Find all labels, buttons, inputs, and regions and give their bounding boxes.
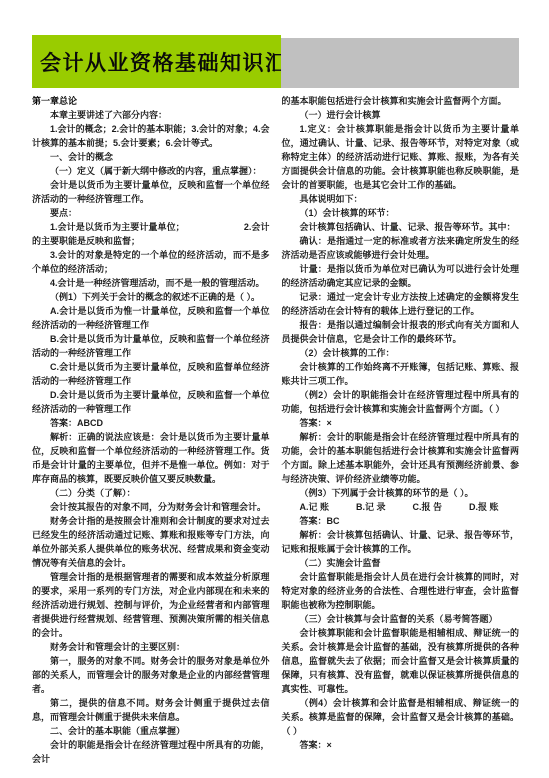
paragraph: 会计核算职能和会计监督职能是相辅相成、辩证统一的关系。会计核算是会计监督的基础，… <box>282 626 520 696</box>
paragraph: 二、会计的基本职能（重点掌握） <box>32 724 270 738</box>
paragraph: 一、会计的概念 <box>32 150 270 164</box>
paragraph: 答案：ABCD <box>32 416 270 430</box>
paragraph: 1.定义：会计核算职能是指会计以货币为主要计量单位，通过确认、计量、记录、报告等… <box>282 122 520 192</box>
paragraph: 会计核算的工作始终离不开账簿，包括记账、算账、报账共计三项工作。 <box>282 360 520 388</box>
paragraph: 解析：会计核算包括确认、计量、记录、报告等环节，记账和报账属于会计核算的工作。 <box>282 528 520 556</box>
paragraph: 第一章总论 <box>32 94 270 108</box>
paragraph: 第一，服务的对象不同。财务会计的服务对象是单位外部的关系人，而管理会计的服务对象… <box>32 654 270 696</box>
left-column: 第一章总论本章主要讲述了六部分内容：1.会计的概念；2.会计的基本职能；3.会计… <box>32 94 270 766</box>
paragraph: A.会计是以货币为惟一计量单位，反映和监督一个单位经济活动的一种经济管理工作 <box>32 304 270 332</box>
page-header-band: 会计从业资格基础知识汇总 <box>32 35 519 88</box>
title-highlight-bar: 会计从业资格基础知识汇总 <box>32 35 281 88</box>
paragraph: 3.会计的对象是特定的一个单位的经济活动，而不是多个单位的经济活动； <box>32 248 270 276</box>
paragraph: 会计按其报告的对象不同，分为财务会计和管理会计。 <box>32 500 270 514</box>
page-title: 会计从业资格基础知识汇总 <box>32 47 310 77</box>
paragraph: （例1）下列关于会计的概念的叙述不正确的是（ ）。 <box>32 290 270 304</box>
two-column-text-layout: 第一章总论本章主要讲述了六部分内容：1.会计的概念；2.会计的基本职能；3.会计… <box>32 94 519 766</box>
paragraph: （二）分类（了解）： <box>32 486 270 500</box>
paragraph: 会计监督职能是指会计人员在进行会计核算的同时，对特定对象的经济业务的合法性、合理… <box>282 570 520 612</box>
paragraph: 1.会计的概念；2.会计的基本职能；3.会计的对象；4.会计核算的基本前提；5.… <box>32 122 270 150</box>
paragraph: 报告：是指以通过编制会计报表的形式向有关方面和人员提供会计信息，它是会计工作的最… <box>282 318 520 346</box>
paragraph: （1）会计核算的环节： <box>282 206 520 220</box>
paragraph: D.会计是以货币为主要计量单位，反映和监督一个单位经济活动的一种管理工作 <box>32 388 270 416</box>
paragraph: 答案：× <box>282 738 520 752</box>
document-page: 会计从业资格基础知识汇总 第一章总论本章主要讲述了六部分内容：1.会计的概念；2… <box>0 0 549 778</box>
paragraph: （一）进行会计核算 <box>282 108 520 122</box>
paragraph: 财务会计和管理会计的主要区别： <box>32 640 270 654</box>
paragraph: （三）会计核算与会计监督的关系（易考简答题） <box>282 612 520 626</box>
paragraph: （2）会计核算的工作： <box>282 346 520 360</box>
paragraph: 要点： <box>32 206 270 220</box>
paragraph: B.会计是以货币为计量单位，反映和监督一个单位经济活动的一种经济管理工作 <box>32 332 270 360</box>
paragraph: 第二，提供的信息不同。财务会计侧重于提供过去信息，而管理会计侧重于提供未来信息。 <box>32 696 270 724</box>
paragraph: 记录：通过一定会计专业方法按上述确定的金额将发生的经济活动在会计特有的载体上进行… <box>282 290 520 318</box>
paragraph: 财务会计指的是按照会计准则和会计制度的要求对过去已经发生的经济活动通过记账、算账… <box>32 514 270 570</box>
paragraph: 会计核算包括确认、计量、记录、报告等环节。其中： <box>282 220 520 234</box>
paragraph: 会计的职能是指会计在经济管理过程中所具有的功能，会计 <box>32 738 270 766</box>
header-gray-bar <box>281 38 519 88</box>
paragraph: 计量：是指以货币为单位对已确认为可以进行会计处理的经济活动确定其应记录的金额。 <box>282 262 520 290</box>
paragraph: C.会计是以货币为主要计量单位，反映和监督单位经济活动的一种经济管理工作 <box>32 360 270 388</box>
paragraph: 解析：会计的职能是指会计在经济管理过程中所具有的功能，会计的基本职能包括进行会计… <box>282 430 520 486</box>
paragraph: 具体说明如下： <box>282 192 520 206</box>
paragraph: 答案：× <box>282 416 520 430</box>
paragraph: 4.会计是一种经济管理活动，而不是一般的管理活动。 <box>32 276 270 290</box>
paragraph: 1.会计是以货币为主要计量单位； 2.会计的主要职能是反映和监督； <box>32 220 270 248</box>
paragraph: （一）定义（属于新大纲中修改的内容，重点掌握）： <box>32 164 270 178</box>
paragraph: （例4）会计核算和会计监督是相辅相成、辩证统一的关系。核算是监督的保障，会计监督… <box>282 696 520 738</box>
paragraph: 的基本职能包括进行会计核算和实施会计监督两个方面。 <box>282 94 520 108</box>
paragraph: A.记 账 B.记 录 C.报 告 D.报 账 <box>282 500 520 514</box>
paragraph: （例3）下列属于会计核算的环节的是（ ）。 <box>282 486 520 500</box>
paragraph: （二）实施会计监督 <box>282 556 520 570</box>
right-column: 的基本职能包括进行会计核算和实施会计监督两个方面。（一）进行会计核算1.定义：会… <box>282 94 520 766</box>
paragraph: 管理会计指的是根据管理者的需要和成本效益分析原理的要求，采用一系列的专门方法，对… <box>32 570 270 640</box>
paragraph: 确认：是指通过一定的标准或者方法来确定所发生的经济活动是否应该或能够进行会计处理… <box>282 234 520 262</box>
paragraph: 答案：BC <box>282 514 520 528</box>
paragraph: 会计是以货币为主要计量单位，反映和监督一个单位经济活动的一种经济管理工作。 <box>32 178 270 206</box>
paragraph: （例2）会计的职能指会计在经济管理过程中所具有的功能，包括进行会计核算和实施会计… <box>282 388 520 416</box>
paragraph: 解析：正确的说法应该是：会计是以货币为主要计量单位，反映和监督一个单位经济活动的… <box>32 430 270 486</box>
paragraph: 本章主要讲述了六部分内容： <box>32 108 270 122</box>
